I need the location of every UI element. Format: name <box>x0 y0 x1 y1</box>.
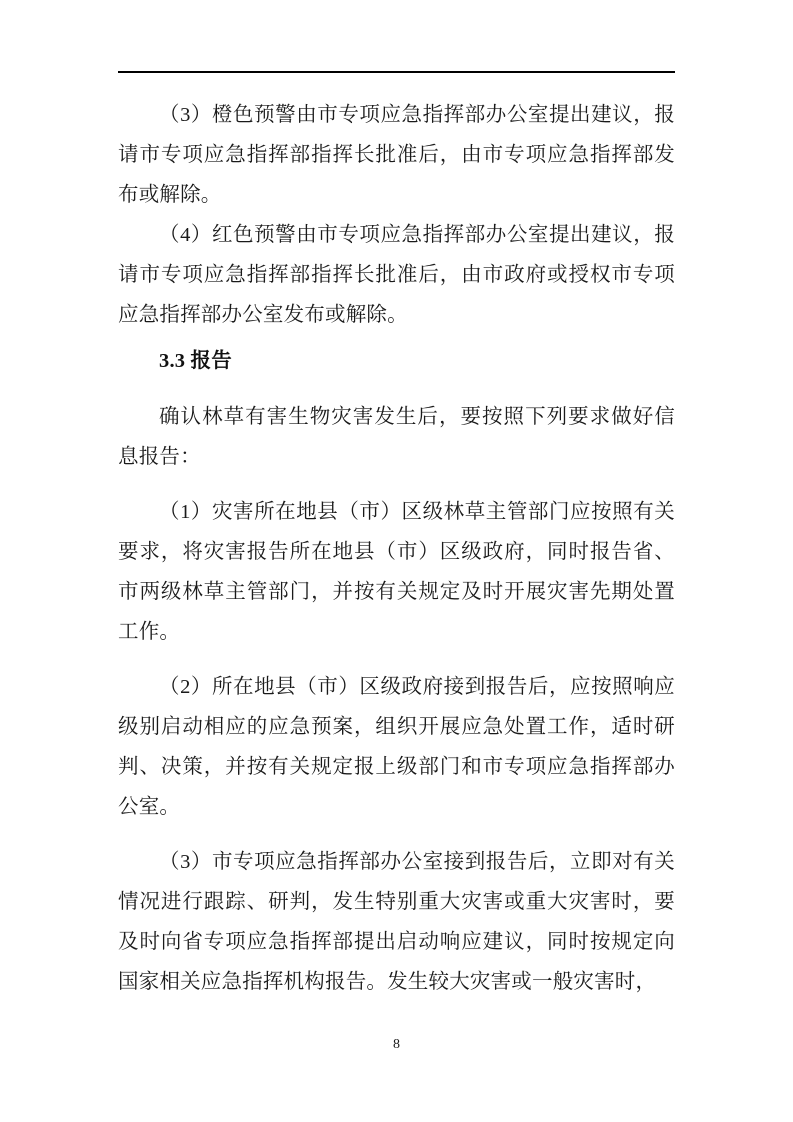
header-rule <box>118 71 675 73</box>
paragraph-report-item-3: （3）市专项应急指挥部办公室接到报告后，立即对有关情况进行跟踪、研判，发生特别重… <box>118 842 675 1002</box>
document-page: （3）橙色预警由市专项应急指挥部办公室提出建议，报请市专项应急指挥部指挥长批准后… <box>0 0 793 1122</box>
paragraph-red-warning: （4）红色预警由市专项应急指挥部办公室提出建议，报请市专项应急指挥部指挥长批准后… <box>118 215 675 335</box>
section-heading: 3.3 报告 <box>118 341 675 381</box>
paragraph-report-item-1: （1）灾害所在地县（市）区级林草主管部门应按照有关要求，将灾害报告所在地县（市）… <box>118 492 675 652</box>
page-number: 8 <box>0 1036 793 1054</box>
paragraph-report-item-2: （2）所在地县（市）区级政府接到报告后，应按照响应级别启动相应的应急预案，组织开… <box>118 667 675 827</box>
paragraph-orange-warning: （3）橙色预警由市专项应急指挥部办公室提出建议，报请市专项应急指挥部指挥长批准后… <box>118 95 675 215</box>
paragraph-report-intro: 确认林草有害生物灾害发生后，要按照下列要求做好信息报告： <box>118 397 675 477</box>
document-body: （3）橙色预警由市专项应急指挥部办公室提出建议，报请市专项应急指挥部指挥长批准后… <box>118 95 675 1002</box>
